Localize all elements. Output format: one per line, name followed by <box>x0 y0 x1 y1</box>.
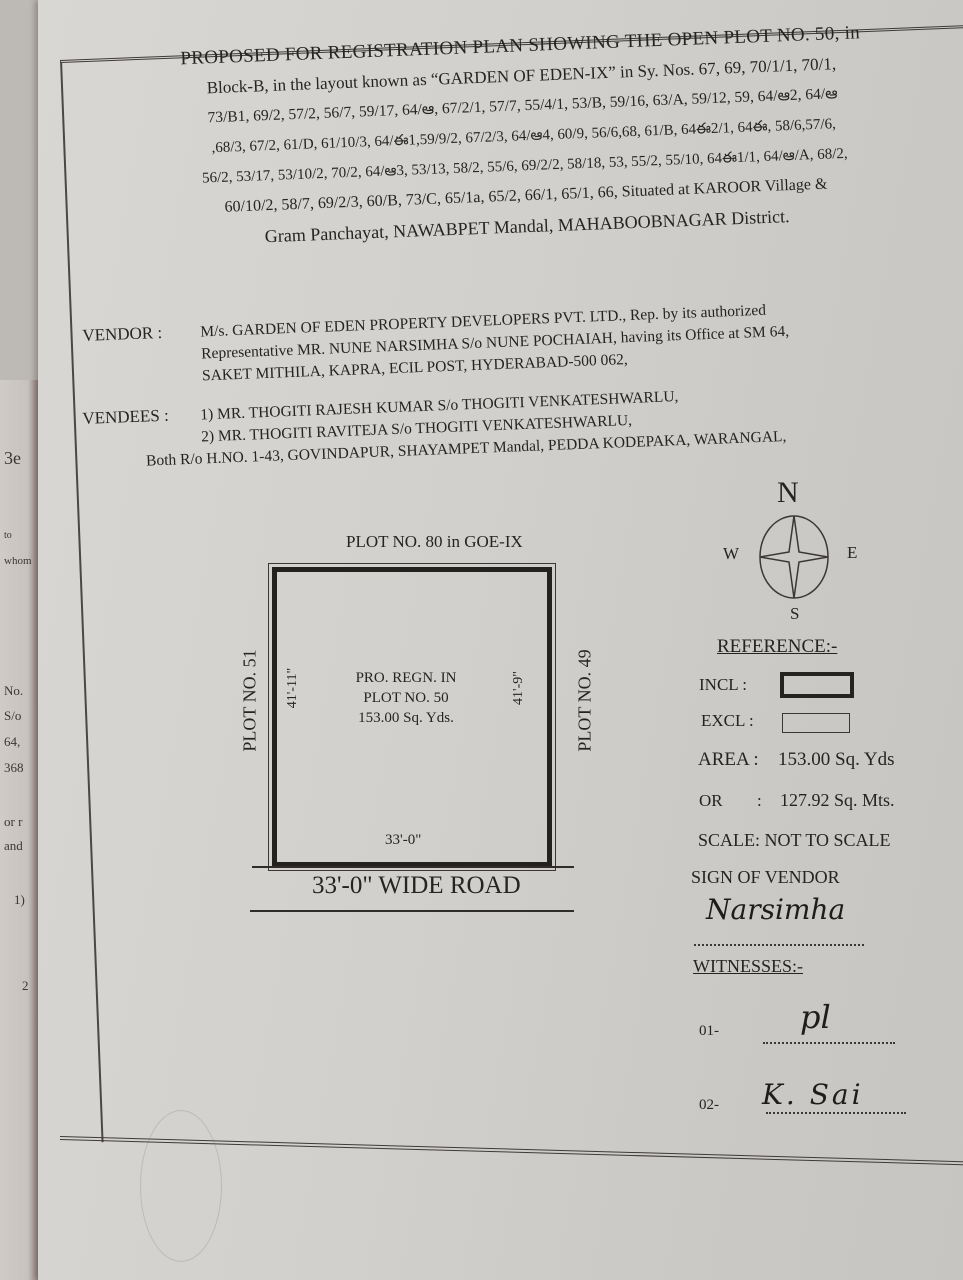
area-value: 153.00 Sq. Yds <box>778 749 894 771</box>
area-metric-value: 127.92 Sq. Mts. <box>780 790 895 811</box>
witness-1-signature: pl <box>800 998 831 1036</box>
east-neighbor-label: PLOT NO. 49 <box>575 646 596 756</box>
west-neighbor-label: PLOT NO. 51 <box>240 646 261 756</box>
witness-2-line <box>766 1112 906 1114</box>
plot-area: 153.00 Sq. Yds. <box>346 708 466 728</box>
excl-swatch <box>782 713 850 733</box>
or-label: OR <box>699 791 723 811</box>
compass-s: S <box>790 604 799 624</box>
compass-e: E <box>847 543 857 563</box>
compass-rose-icon <box>758 514 830 600</box>
scale-note: SCALE: NOT TO SCALE <box>698 830 891 851</box>
witness-2-label: 02- <box>699 1097 719 1114</box>
road-edge-top <box>252 866 574 868</box>
compass-w: W <box>723 544 739 564</box>
witness-2-signature: K. Sai <box>762 1078 864 1111</box>
east-dimension: 41'-9" <box>511 663 527 713</box>
incl-label: INCL : <box>699 675 747 695</box>
vendor-sign-line <box>694 944 864 946</box>
plot-label-line: PLOT NO. 50 <box>346 688 466 708</box>
plot-label-line: PRO. REGN. IN <box>346 668 466 688</box>
vendor-sign-label: SIGN OF VENDOR <box>691 867 840 888</box>
vendor-signature: Narsimha <box>706 893 845 926</box>
incl-swatch <box>780 672 854 698</box>
west-dimension: 41'-11" <box>285 663 301 713</box>
area-label: AREA : <box>698 749 759 771</box>
witness-1-label: 01- <box>699 1023 719 1040</box>
witness-1-line <box>763 1042 895 1044</box>
excl-label: EXCL : <box>701 711 754 731</box>
or-separator: : <box>757 791 762 811</box>
plot-label: PRO. REGN. IN PLOT NO. 50 153.00 Sq. Yds… <box>346 668 466 728</box>
reference-title: REFERENCE:- <box>717 636 837 658</box>
road-label: 33'-0" WIDE ROAD <box>312 872 521 900</box>
south-dimension: 33'-0" <box>385 832 421 849</box>
road-edge-bottom <box>250 910 574 912</box>
north-neighbor-label: PLOT NO. 80 in GOE-IX <box>346 532 523 552</box>
compass-n: N <box>777 476 799 510</box>
witnesses-label: WITNESSES:- <box>693 956 803 977</box>
